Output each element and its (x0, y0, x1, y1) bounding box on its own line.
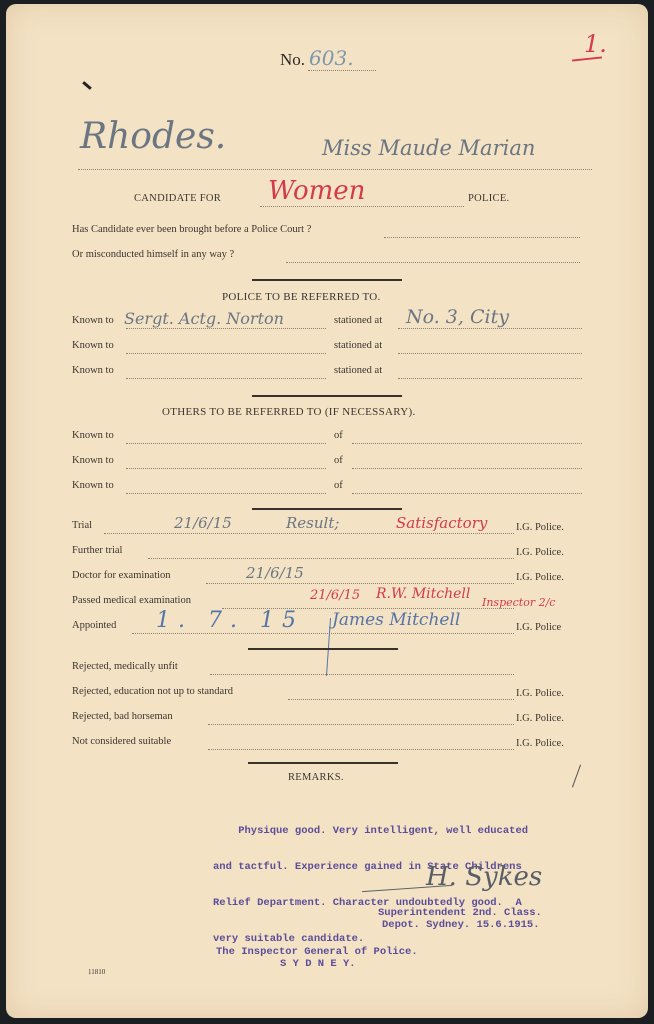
other-referees-heading: OTHERS TO BE REFERRED TO (IF NECESSARY). (162, 406, 416, 418)
known-to-value: Sergt. Actg. Norton (124, 309, 284, 328)
trial-result-label: Result; (286, 514, 339, 532)
police-label: POLICE. (468, 193, 509, 204)
candidate-for-value: Women (268, 176, 365, 206)
rejected-horseman-label: Rejected, bad horseman (72, 711, 173, 722)
doctor-exam-suffix: I.G. Police. (516, 572, 564, 583)
stationed-at-value: No. 3, City (406, 306, 509, 328)
rejected-education-label: Rejected, education not up to standard (72, 686, 233, 697)
stationed-at-label: stationed at (334, 340, 382, 351)
stationed-at-field (398, 328, 582, 329)
form-number-block: No. 603. (280, 46, 354, 70)
trial-date: 21/6/15 (174, 514, 232, 532)
of-field (352, 443, 582, 444)
passed-medical-label: Passed medical examination (72, 595, 191, 606)
known-to-label: Known to (72, 340, 114, 351)
remarks-line: Physique good. Very intelligent, well ed… (213, 825, 528, 837)
stationed-at-field (398, 353, 582, 354)
passed-medical-signature: R.W. Mitchell (376, 586, 470, 602)
superintendent-signature: H. Sykes (426, 862, 542, 892)
not-suitable-label: Not considered suitable (72, 736, 171, 747)
rejected-horseman-field (208, 724, 514, 725)
known-to-label: Known to (72, 455, 114, 466)
appointed-label: Appointed (72, 620, 116, 631)
rejected-education-suffix: I.G. Police. (516, 688, 564, 699)
appointed-field (132, 633, 514, 634)
doctor-exam-label: Doctor for examination (72, 570, 171, 581)
question-police-court: Has Candidate ever been brought before a… (72, 224, 311, 235)
rejected-medical-label: Rejected, medically unfit (72, 661, 178, 672)
folio-underline (572, 56, 602, 61)
remarks-line: very suitable candidate. (213, 933, 528, 945)
appointed-signature: James Mitchell (332, 610, 460, 630)
not-suitable-suffix: I.G. Police. (516, 738, 564, 749)
trial-result-value: Satisfactory (396, 514, 487, 532)
passed-medical-title: Inspector 2/c (482, 596, 555, 609)
trial-label: Trial (72, 520, 92, 531)
rejected-horseman-suffix: I.G. Police. (516, 713, 564, 724)
application-form-page: No. 603. 1. Rhodes. Miss Maude Marian CA… (6, 4, 648, 1018)
known-to-field (126, 378, 326, 379)
addressee-line1: The Inspector General of Police. (216, 946, 418, 958)
candidate-for-underline (260, 206, 464, 207)
divider (252, 508, 402, 510)
form-print-number: 11810 (88, 968, 105, 976)
pencil-tick (572, 765, 581, 788)
signatory-place-date: Depot. Sydney. 15.6.1915. (382, 919, 540, 931)
candidate-for-label: CANDIDATE FOR (134, 193, 221, 204)
trial-suffix: I.G. Police. (516, 522, 564, 533)
signatory-title: Superintendent 2nd. Class. (378, 907, 542, 919)
known-to-field (126, 493, 326, 494)
rejected-medical-field (210, 674, 514, 675)
addressee-line2: S Y D N E Y. (280, 958, 356, 970)
further-trial-label: Further trial (72, 545, 122, 556)
question-misconduct-field (286, 262, 580, 263)
known-to-field (126, 328, 326, 329)
divider (248, 648, 398, 650)
known-to-label: Known to (72, 430, 114, 441)
divider (248, 762, 398, 764)
police-referees-heading: POLICE TO BE REFERRED TO. (222, 291, 381, 303)
of-field (352, 493, 582, 494)
question-misconduct: Or misconducted himself in any way ? (72, 249, 234, 260)
stationed-at-field (398, 378, 582, 379)
not-suitable-field (208, 749, 514, 750)
signature-stroke (326, 618, 331, 676)
candidate-surname: Rhodes. (80, 116, 226, 157)
stationed-at-label: stationed at (334, 315, 382, 326)
known-to-label: Known to (72, 480, 114, 491)
stationed-at-label: stationed at (334, 365, 382, 376)
doctor-exam-date: 21/6/15 (246, 564, 304, 582)
rejected-education-field (288, 699, 514, 700)
remarks-heading: REMARKS. (288, 772, 344, 783)
number-value: 603. (309, 46, 354, 70)
further-trial-field (148, 558, 514, 559)
known-to-label: Known to (72, 365, 114, 376)
divider (252, 395, 402, 397)
known-to-field (126, 353, 326, 354)
question-police-court-field (384, 237, 580, 238)
number-underline (308, 70, 376, 71)
trial-field (104, 533, 514, 534)
name-underline (78, 169, 592, 170)
ink-mark (82, 81, 92, 90)
folio-mark: 1. (584, 30, 607, 58)
further-trial-suffix: I.G. Police. (516, 547, 564, 558)
known-to-field (126, 443, 326, 444)
of-label: of (334, 430, 343, 441)
candidate-given-names: Miss Maude Marian (322, 136, 535, 160)
of-label: of (334, 455, 343, 466)
known-to-label: Known to (72, 315, 114, 326)
number-label: No. (280, 50, 305, 69)
known-to-field (126, 468, 326, 469)
divider (252, 279, 402, 281)
appointed-date: 1. 7. 15 (156, 608, 304, 633)
passed-medical-date: 21/6/15 (310, 588, 360, 603)
of-field (352, 468, 582, 469)
of-label: of (334, 480, 343, 491)
appointed-suffix: I.G. Police (516, 622, 561, 633)
doctor-exam-field (206, 583, 514, 584)
